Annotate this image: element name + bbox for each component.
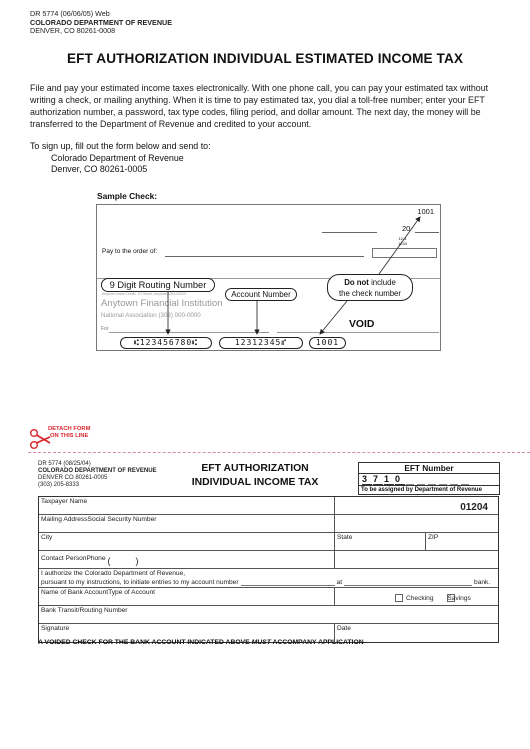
authorization-statement: I authorize the Colorado Department of R… bbox=[39, 569, 498, 587]
bank-name-blank[interactable] bbox=[344, 578, 472, 587]
detach-instruction: DETACH FORM ON THIS LINE bbox=[48, 426, 90, 440]
account-number-blank[interactable] bbox=[241, 578, 335, 587]
zip-field[interactable]: ZIP bbox=[425, 533, 498, 550]
department-address: DENVER, CO 80261-0008 bbox=[30, 27, 172, 36]
callout-arrows bbox=[97, 205, 442, 352]
bank-account-name-field[interactable]: Name of Bank AccountType of Account bbox=[39, 588, 334, 605]
ssn-field[interactable] bbox=[334, 515, 498, 532]
state-field[interactable]: State bbox=[334, 533, 425, 550]
taxpayer-name-field[interactable]: Taxpayer Name bbox=[39, 497, 334, 514]
city-field[interactable]: City bbox=[39, 533, 334, 550]
intro-paragraph: File and pay your estimated income taxes… bbox=[30, 82, 514, 130]
signup-instructions: To sign up, fill out the form below and … bbox=[30, 141, 211, 176]
code-field: 01204 bbox=[334, 497, 498, 514]
mail-to-line2: Denver, CO 80261-0005 bbox=[30, 164, 211, 176]
form-address: DENVER CO 80261-0005 bbox=[38, 475, 157, 482]
eft-note: To be assigned by Department of Revenue bbox=[359, 485, 499, 495]
page-title: EFT AUTHORIZATION INDIVIDUAL ESTIMATED I… bbox=[0, 51, 530, 66]
eft-number-label: EFT Number bbox=[359, 463, 499, 474]
form-header: DR 5774 (08/25/04) COLORADO DEPARTMENT O… bbox=[38, 461, 157, 489]
form-title: EFT AUTHORIZATION INDIVIDUAL INCOME TAX bbox=[180, 462, 330, 490]
eft-number-field[interactable]: 3710 bbox=[359, 474, 499, 485]
signup-lead: To sign up, fill out the form below and … bbox=[30, 141, 211, 153]
authorization-form: Taxpayer Name 01204 Mailing AddressSocia… bbox=[38, 496, 499, 643]
document-header: DR 5774 (06/06/05) Web COLORADO DEPARTME… bbox=[30, 10, 172, 36]
contact-phone-field[interactable]: Contact PersonPhone( ) bbox=[39, 551, 334, 568]
routing-number-field[interactable]: Bank Transit/Routing Number bbox=[39, 606, 498, 623]
mail-to-line1: Colorado Department of Revenue bbox=[30, 153, 211, 165]
checking-checkbox[interactable] bbox=[395, 594, 403, 602]
sample-check-label: Sample Check: bbox=[97, 191, 157, 201]
form-id: DR 5774 (08/25/04) bbox=[38, 461, 157, 468]
voided-check-notice: A VOIDED CHECK FOR THE BANK ACCOUNT INDI… bbox=[38, 639, 364, 646]
account-type-options: Checking Savings bbox=[334, 588, 498, 605]
form-phone: (303) 205-8333 bbox=[38, 482, 157, 489]
eft-number-box: EFT Number 3710 To be assigned by Depart… bbox=[358, 462, 500, 495]
mailing-address-field[interactable]: Mailing AddressSocial Security Number bbox=[39, 515, 334, 532]
form-department: COLORADO DEPARTMENT OF REVENUE bbox=[38, 468, 157, 475]
contact-extra-field[interactable] bbox=[334, 551, 498, 568]
detach-line bbox=[28, 452, 530, 453]
sample-check: 1001 20 12-4 1234 Pay to the order of: A… bbox=[96, 204, 441, 351]
